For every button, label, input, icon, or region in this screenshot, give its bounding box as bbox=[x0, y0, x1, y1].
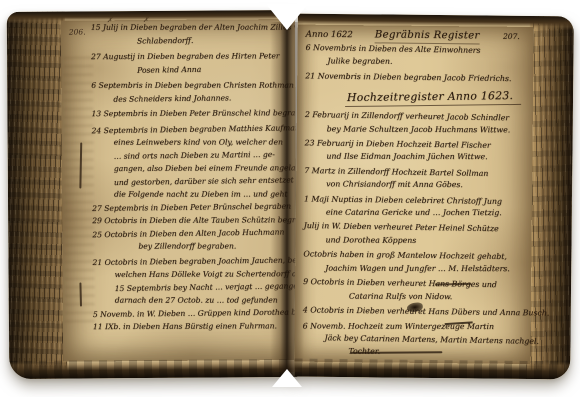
marriage-entries: 2 Februarij in Zillendorff verheuret Jac… bbox=[302, 110, 529, 360]
manuscript-line: 11 IXb. in Dieben Hans Bürstig einen Fuh… bbox=[93, 320, 297, 334]
right-page-number: 207. bbox=[503, 30, 520, 43]
manuscript-line: bey Marie Schultzen Jacob Huchmans Wittw… bbox=[327, 123, 529, 136]
manuscript-line: und Dorothea Köppens bbox=[326, 234, 528, 247]
open-register-book: 206. ✗ ✗ 15 Julij in Dieben begraben der… bbox=[8, 6, 572, 384]
manuscript-line: 25 Octobris in Dieben den Alten Jacob Hu… bbox=[92, 226, 297, 242]
left-page: 206. ✗ ✗ 15 Julij in Dieben begraben der… bbox=[7, 10, 298, 379]
manuscript-line: von Chrisiandorff mit Anna Göbes. bbox=[326, 179, 528, 192]
gutter-notch-top bbox=[266, 4, 308, 30]
manuscript-line: 6 Septembris in Dieben begraben Christen… bbox=[91, 79, 297, 92]
manuscript-line: 29 Octobris in Dieben die Alte Tauben Sc… bbox=[92, 214, 297, 228]
left-page-paper: 206. ✗ ✗ 15 Julij in Dieben begraben der… bbox=[61, 19, 297, 362]
manuscript-line: Joachim Wagen und Jungfer … M. Helstädte… bbox=[325, 262, 527, 275]
manuscript-line: Octobris haben in groß Mantelow Hochzeit… bbox=[303, 249, 527, 264]
header-title: Begräbnis Register bbox=[375, 28, 480, 44]
manuscript-line: 9 Octobris in Dieben verheuret Hans Börg… bbox=[303, 276, 527, 292]
manuscript-line: 13 Septembris in Dieben Peter Brünschel … bbox=[91, 108, 297, 122]
left-page-entries: 15 Julij in Dieben begraben der Alten Jo… bbox=[91, 21, 297, 334]
manuscript-line: 27 Septembris in Dieben Peter Brünschel … bbox=[92, 200, 297, 216]
manuscript-line: eine Catarina Gericke und … Jochen Tietz… bbox=[326, 207, 528, 220]
right-page-content: Anno 1622 Begräbnis Register 207. 6 Nove… bbox=[294, 25, 534, 364]
book-gutter bbox=[270, 22, 304, 372]
header-year: Anno 1622 bbox=[306, 29, 353, 42]
manuscript-line: 21 Novembris in Dieben begraben Jacob Fr… bbox=[305, 70, 529, 85]
manuscript-line: Catarina Rulfs von Nidow. bbox=[349, 290, 527, 303]
manuscript-line: und Ilse Eidman Joachim Jüchen Wittwe. bbox=[326, 151, 528, 164]
right-page: Anno 1622 Begräbnis Register 207. 6 Nove… bbox=[294, 14, 574, 380]
page-bottom-edge bbox=[9, 359, 297, 379]
manuscript-photo: 206. ✗ ✗ 15 Julij in Dieben begraben der… bbox=[0, 0, 580, 397]
right-page-paper: Anno 1622 Begräbnis Register 207. 6 Nove… bbox=[294, 25, 534, 364]
page-bottom-edge bbox=[294, 359, 570, 380]
manuscript-line: 27 Augustij in Dieben begraben des Hirte… bbox=[91, 50, 297, 64]
burial-entries: 6 Novembris in Dieben des Alte Einwohner… bbox=[305, 43, 529, 86]
left-page-edge-stack bbox=[7, 12, 68, 379]
page-top-edge bbox=[7, 10, 295, 23]
left-page-number: 206. bbox=[69, 27, 86, 36]
gutter-notch-bottom bbox=[272, 369, 302, 387]
manuscript-line: Julike begraben. bbox=[327, 56, 529, 69]
section-heading: Hochzeitregister Anno 1623. bbox=[345, 89, 521, 107]
